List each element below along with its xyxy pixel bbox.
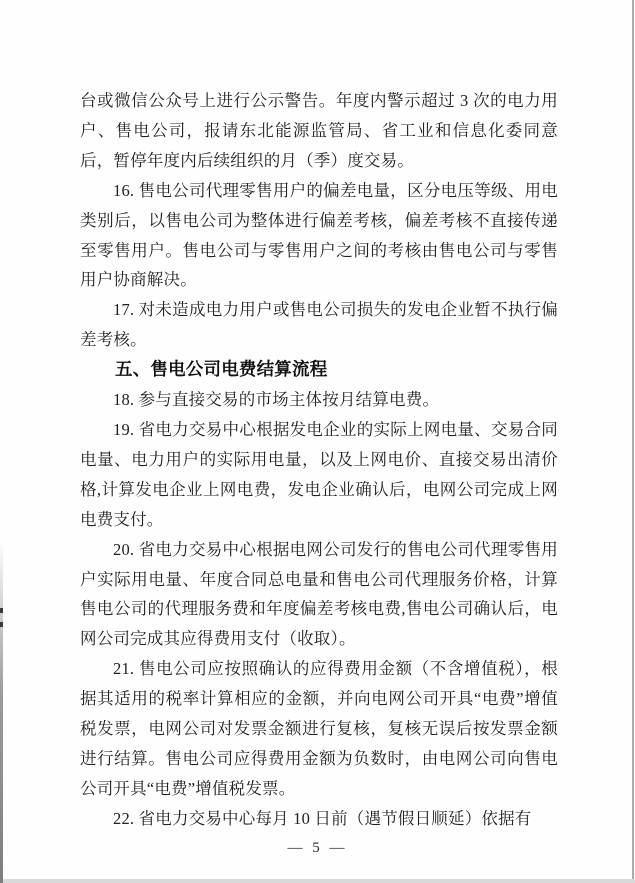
paragraph: 22. 省电力交易中心每月 10 日前（遇节假日顺延）依据有 (80, 804, 558, 834)
scan-edge-bottom (0, 879, 635, 883)
scan-edge-right (632, 0, 634, 883)
page-number: — 5 — (0, 840, 635, 857)
scan-speck (0, 622, 3, 627)
scan-speck (0, 608, 3, 613)
paragraph: 18. 参与直接交易的市场主体按月结算电费。 (80, 385, 558, 415)
paragraph: 16. 售电公司代理零售用户的偏差电量，区分电压等级、用电类别后，以售电公司为整… (80, 176, 558, 296)
scan-edge-left (0, 540, 3, 883)
paragraph: 20. 省电力交易中心根据电网公司发行的售电公司代理零售用户实际用电量、年度合同… (80, 535, 558, 655)
scanned-page: 台或微信公众号上进行公示警告。年度内警示超过 3 次的电力用户、售电公司，报请东… (0, 0, 635, 883)
section-heading: 五、售电公司电费结算流程 (80, 355, 558, 385)
paragraph: 台或微信公众号上进行公示警告。年度内警示超过 3 次的电力用户、售电公司，报请东… (80, 86, 558, 176)
paragraph: 21. 售电公司应按照确认的应得费用金额（不含增值税），根据其适用的税率计算相应… (80, 654, 558, 804)
paragraph: 17. 对未造成电力用户或售电公司损失的发电企业暂不执行偏差考核。 (80, 295, 558, 355)
paragraph: 19. 省电力交易中心根据发电企业的实际上网电量、交易合同电量、电力用户的实际用… (80, 415, 558, 535)
document-body: 台或微信公众号上进行公示警告。年度内警示超过 3 次的电力用户、售电公司，报请东… (80, 86, 558, 834)
